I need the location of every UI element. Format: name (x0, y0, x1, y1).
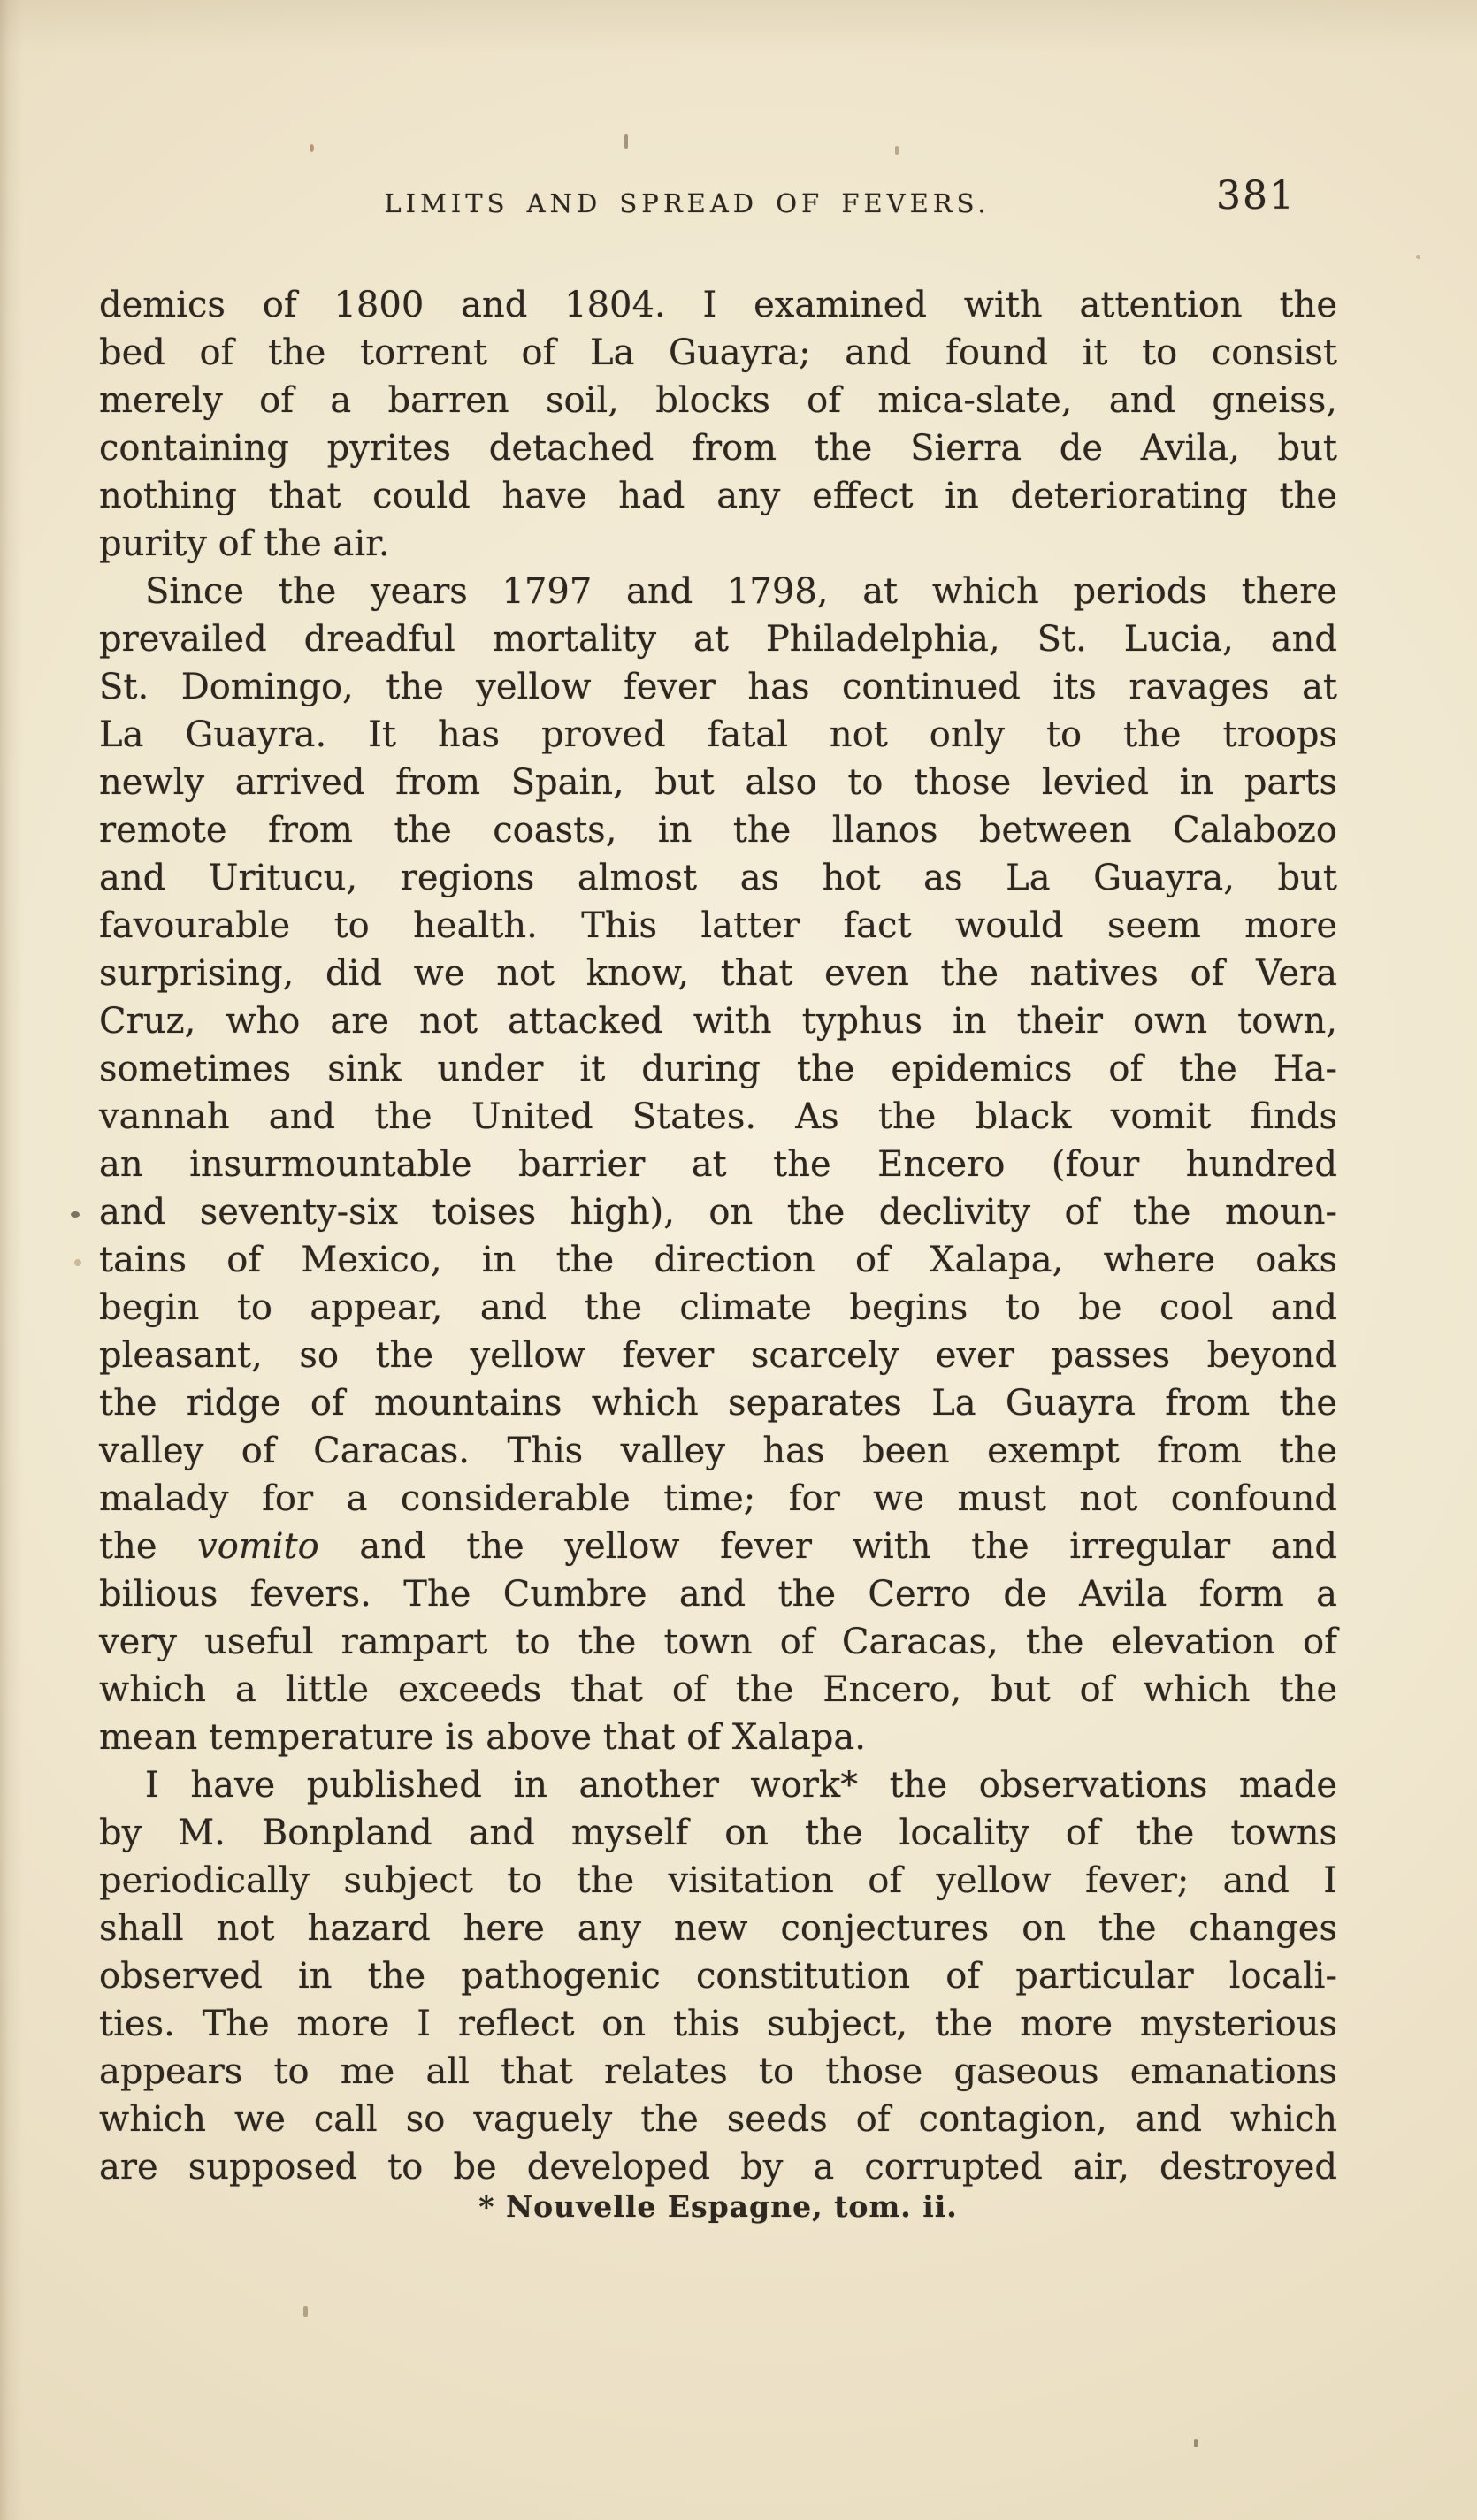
text-line: merely of a barren soil, blocks of mica-… (99, 377, 1337, 424)
scan-speck (1311, 2067, 1314, 2075)
scan-speck (71, 1211, 80, 1218)
text-line: tains of Mexico, in the direction of Xal… (99, 1236, 1337, 1284)
running-title: LIMITS AND SPREAD OF FEVERS. (68, 181, 1306, 225)
text-line: St. Domingo, the yellow fever has contin… (99, 663, 1337, 711)
text-line: sometimes sink under it during the epide… (99, 1045, 1337, 1093)
text-line: the vomito and the yellow fever with the… (99, 1523, 1337, 1570)
text-line: pleasant, so the yellow fever scarcely e… (99, 1332, 1337, 1379)
text-segment: the (99, 1526, 197, 1567)
text-line: an insurmountable barrier at the Encero … (99, 1141, 1337, 1188)
text-line: La Guayra. It has proved fatal not only … (99, 711, 1337, 759)
text-line: prevailed dreadful mortality at Philadel… (99, 615, 1337, 663)
text-line: which we call so vaguely the seeds of co… (99, 2096, 1337, 2143)
text-line: nothing that could have had any effect i… (99, 472, 1337, 520)
text-line: I have published in another work* the ob… (99, 1761, 1337, 1809)
text-line: which a little exceeds that of the Encer… (99, 1666, 1337, 1714)
scan-speck (310, 144, 314, 152)
text-line: are supposed to be developed by a corrup… (99, 2143, 1337, 2191)
text-line: remote from the coasts, in the llanos be… (99, 806, 1337, 854)
text-line: and Uritucu, regions almost as hot as La… (99, 854, 1337, 902)
text-line: favourable to health. This latter fact w… (99, 902, 1337, 950)
book-page: LIMITS AND SPREAD OF FEVERS. 381 demics … (0, 0, 1477, 2520)
text-line: malady for a considerable time; for we m… (99, 1475, 1337, 1523)
scan-speck (303, 2306, 308, 2317)
scan-speck (1416, 255, 1420, 259)
page-header: LIMITS AND SPREAD OF FEVERS. 381 (99, 181, 1337, 227)
text-line: shall not hazard here any new conjecture… (99, 1905, 1337, 1952)
text-segment: and the yellow fever with the irregular … (319, 1526, 1337, 1567)
italic-word: vomito (197, 1526, 319, 1567)
text-line: vannah and the United States. As the bla… (99, 1093, 1337, 1141)
text-line: mean temperature is above that of Xalapa… (99, 1714, 1337, 1761)
scan-speck (895, 146, 899, 155)
footnote: * Nouvelle Espagne, tom. ii. (99, 2189, 1337, 2224)
text-line: bed of the torrent of La Guayra; and fou… (99, 329, 1337, 377)
text-line: and seventy-six toises high), on the dec… (99, 1188, 1337, 1236)
text-line: newly arrived from Spain, but also to th… (99, 759, 1337, 806)
body-text: demics of 1800 and 1804. I examined with… (99, 281, 1337, 2191)
text-line: very useful rampart to the town of Carac… (99, 1618, 1337, 1666)
text-line: purity of the air. (99, 520, 1337, 568)
text-line: Since the years 1797 and 1798, at which … (99, 568, 1337, 615)
text-line: the ridge of mountains which separates L… (99, 1379, 1337, 1427)
page-number: 381 (1216, 174, 1296, 218)
text-line: bilious fevers. The Cumbre and the Cerro… (99, 1570, 1337, 1618)
text-line: valley of Caracas. This valley has been … (99, 1427, 1337, 1475)
scan-speck (1194, 2439, 1198, 2447)
text-line: demics of 1800 and 1804. I examined with… (99, 281, 1337, 329)
scan-speck (74, 1259, 81, 1266)
text-line: ties. The more I reflect on this subject… (99, 2000, 1337, 2048)
text-line: Cruz, who are not attacked with typhus i… (99, 997, 1337, 1045)
text-line: periodically subject to the visitation o… (99, 1857, 1337, 1905)
text-line: observed in the pathogenic constitution … (99, 1952, 1337, 2000)
text-line: by M. Bonpland and myself on the localit… (99, 1809, 1337, 1857)
text-line: containing pyrites detached from the Sie… (99, 424, 1337, 472)
text-line: begin to appear, and the climate begins … (99, 1284, 1337, 1332)
text-line: appears to me all that relates to those … (99, 2048, 1337, 2096)
scan-speck (624, 134, 628, 149)
text-line: surprising, did we not know, that even t… (99, 950, 1337, 997)
